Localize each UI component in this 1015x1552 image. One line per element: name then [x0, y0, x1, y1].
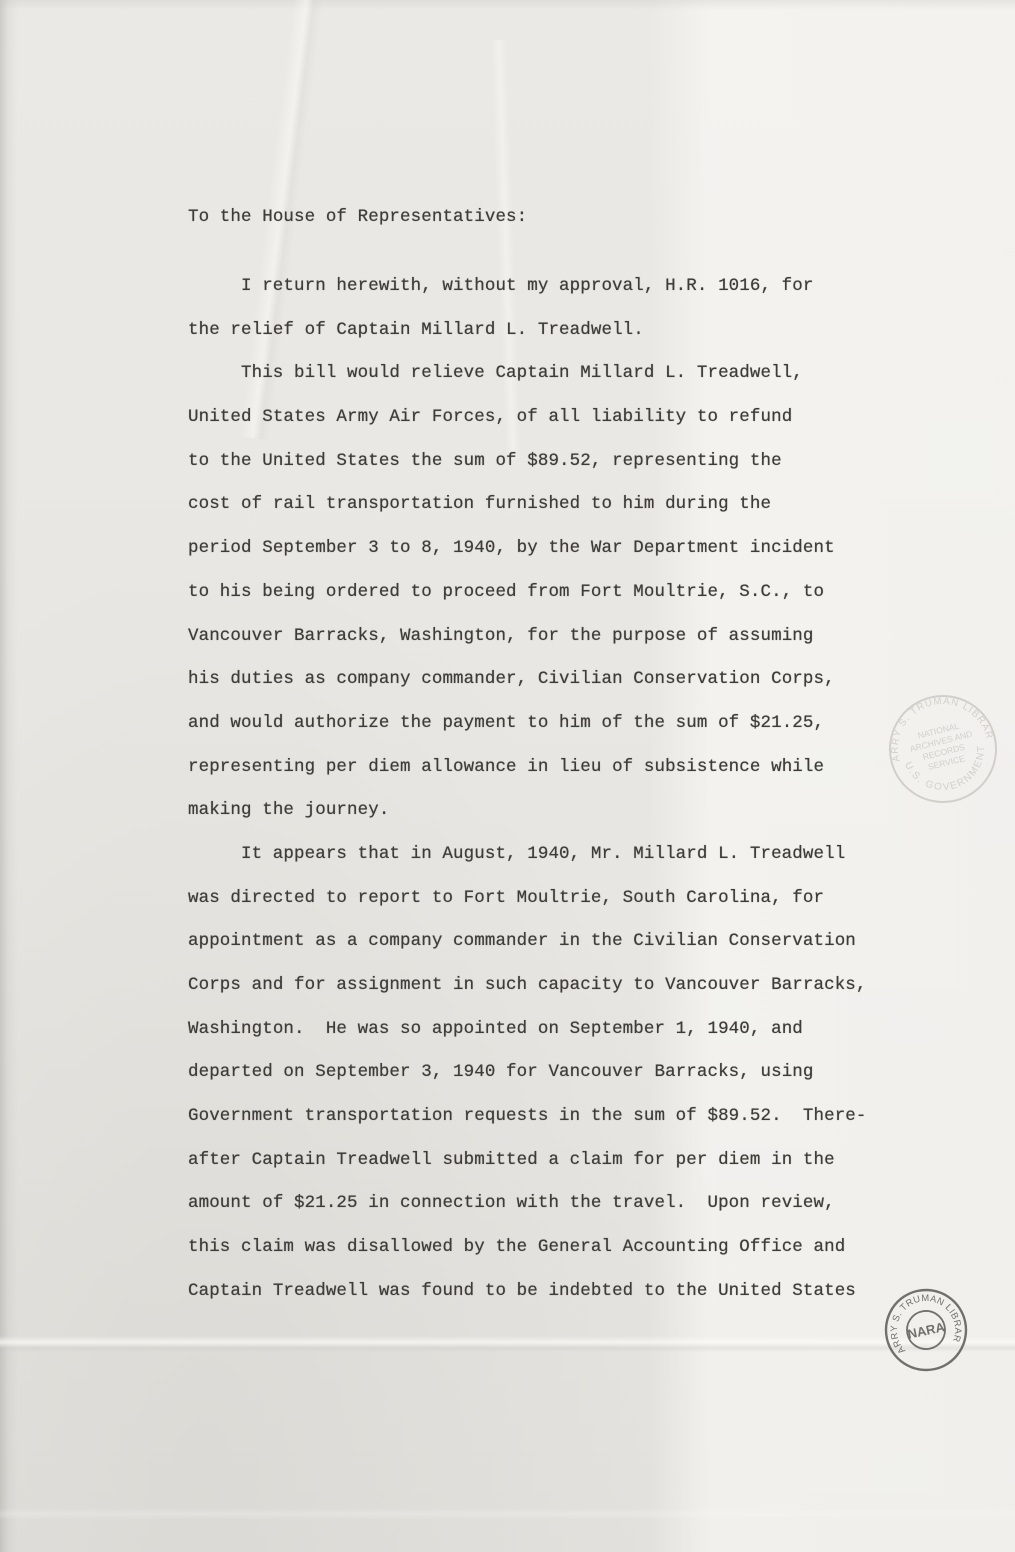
stamp-bottom-text: U.S. GOVERNMENT [901, 742, 996, 803]
svg-text:U.S. GOVERNMENT: U.S. GOVERNMENT [901, 742, 996, 803]
document-line: This bill would relieve Captain Millard … [188, 352, 867, 396]
document-line: period September 3 to 8, 1940, by the Wa… [188, 527, 867, 571]
stamp-center-line: RECORDS [922, 742, 966, 762]
stamp-inner-ring [903, 1307, 948, 1352]
document-line: was directed to report to Fort Moultrie,… [188, 877, 867, 921]
salutation-line: To the House of Representatives: [188, 205, 527, 229]
stamp-center-text: NARA [906, 1319, 946, 1342]
document-line: United States Army Air Forces, of all li… [188, 396, 867, 440]
stamp-center-line: SERVICE [927, 753, 966, 772]
svg-text:HARRY S. TRUMAN LIBRARY: HARRY S. TRUMAN LIBRARY [871, 677, 995, 766]
stamp-center-line: NATIONAL [917, 721, 961, 741]
stamp-outer-ring [879, 1283, 974, 1378]
document-line: appointment as a company commander in th… [188, 920, 867, 964]
document-line: Government transportation requests in th… [188, 1095, 867, 1139]
document-line: Washington. He was so appointed on Septe… [188, 1008, 867, 1052]
document-line: representing per diem allowance in lieu … [188, 746, 867, 790]
document-line: after Captain Treadwell submitted a clai… [188, 1139, 867, 1183]
stamp-outer-ring [879, 685, 1007, 813]
document-line: this claim was disallowed by the General… [188, 1226, 867, 1270]
document-line: his duties as company commander, Civilia… [188, 658, 867, 702]
stamp-center-line: ARCHIVES AND [909, 729, 974, 754]
document-line: and would authorize the payment to him o… [188, 702, 867, 746]
document-line: making the journey. [188, 789, 867, 833]
paper-crease [0, 1508, 1015, 1520]
document-body: I return herewith, without my approval, … [188, 265, 867, 1314]
document-page: To the House of Representatives: I retur… [0, 0, 1015, 1552]
document-line: It appears that in August, 1940, Mr. Mil… [188, 833, 867, 877]
document-line: Vancouver Barracks, Washington, for the … [188, 615, 867, 659]
document-line: to the United States the sum of $89.52, … [188, 440, 867, 484]
document-line: Captain Treadwell was found to be indebt… [188, 1270, 867, 1314]
document-line: I return herewith, without my approval, … [188, 265, 867, 309]
stamp-ring-text: HARRY S. TRUMAN LIBRARY [871, 677, 995, 766]
paper-crease [0, 1336, 1015, 1352]
paper-crease [0, 0, 1015, 10]
document-line: Corps and for assignment in such capacit… [188, 964, 867, 1008]
document-line: cost of rail transportation furnished to… [188, 483, 867, 527]
svg-text:HARRY S. TRUMAN LIBRARY: HARRY S. TRUMAN LIBRARY [867, 1271, 968, 1362]
document-line: amount of $21.25 in connection with the … [188, 1182, 867, 1226]
stamp-ring-text: HARRY S. TRUMAN LIBRARY [867, 1271, 968, 1362]
document-line: departed on September 3, 1940 for Vancou… [188, 1051, 867, 1095]
document-line: to his being ordered to proceed from For… [188, 571, 867, 615]
truman-library-nara-stamp: HARRY S. TRUMAN LIBRARY NARA [867, 1271, 986, 1390]
document-line: the relief of Captain Millard L. Treadwe… [188, 309, 867, 353]
truman-library-archives-stamp: HARRY S. TRUMAN LIBRARY U.S. GOVERNMENT … [871, 677, 1014, 820]
